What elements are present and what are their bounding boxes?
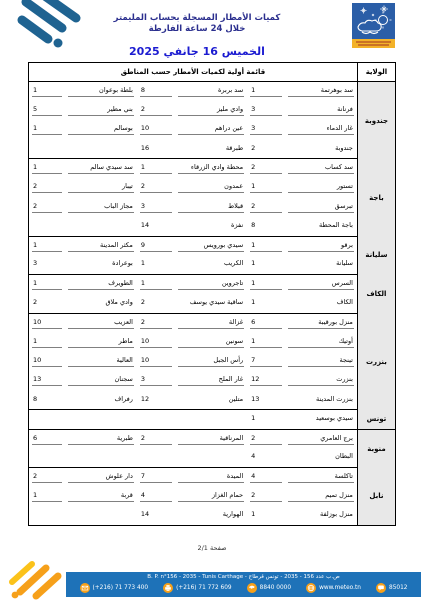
value-cell — [29, 410, 65, 429]
station-cell: العالية — [65, 352, 137, 371]
station-cell: برقو — [285, 236, 357, 255]
contact-text: (+216) 71 772 609 — [176, 585, 231, 591]
station-cell — [65, 217, 137, 236]
governorate-column-header: الولاية — [357, 63, 395, 82]
value-cell: 10 — [29, 313, 65, 332]
station-cell: سد كساب — [285, 159, 357, 178]
value-cell: 1 — [137, 255, 175, 274]
footer-contact-bar: B. P. n°156 - 2035 - Tunis Carthage - ص.… — [66, 572, 421, 597]
table-row: البطان4 — [29, 448, 396, 467]
station-cell: عين دراهم — [175, 120, 247, 139]
value-cell: 10 — [137, 333, 175, 352]
station-cell: وادي ملاق — [65, 294, 137, 313]
table-row: تستور1عمدون2تيبار2 — [29, 178, 396, 197]
contact-text: 8840 0000 — [260, 585, 291, 591]
table-row: سليانة1الكريب1بوعرادة3 — [29, 255, 396, 274]
list-column-header: قائمة أولية لكميات الأمطار حسب المناطق — [29, 63, 358, 82]
value-cell: 2 — [247, 198, 285, 217]
value-cell: 1 — [137, 275, 175, 294]
station-cell: الكريب — [175, 255, 247, 274]
inm-logo — [352, 3, 395, 48]
globe-icon — [306, 583, 316, 593]
value-cell: 2 — [247, 429, 285, 448]
contact-text: (+216) 71 773 400 — [93, 585, 148, 591]
mail-icon — [80, 583, 90, 593]
station-cell: أوتيك — [285, 333, 357, 352]
station-cell: طبرقة — [175, 140, 247, 159]
value-cell: 1 — [247, 506, 285, 525]
value-cell: 1 — [247, 275, 285, 294]
value-cell: 5 — [29, 101, 65, 120]
inm-brand-slashes-footer-icon — [6, 560, 68, 600]
value-cell: 14 — [137, 506, 175, 525]
phone-icon — [247, 583, 257, 593]
value-cell: 14 — [137, 217, 175, 236]
station-cell: سيدي بورويس — [175, 236, 247, 255]
station-cell — [175, 410, 247, 429]
station-cell: الطويرف — [65, 275, 137, 294]
value-cell: 8 — [29, 391, 65, 410]
value-cell: 3 — [247, 120, 285, 139]
table-row: باجةسد كساب2محطة وادي الزرقاء1سد سيدي سا… — [29, 159, 396, 178]
table-row: غار الدماء3عين دراهم10بوسالم1 — [29, 120, 396, 139]
table-row: منوبةبرج العامري2المرناقية2طبرية6 — [29, 429, 396, 448]
station-cell: البطان — [285, 448, 357, 467]
value-cell: 3 — [247, 101, 285, 120]
contact-item: 85012 — [376, 583, 407, 593]
station-cell: تستور — [285, 178, 357, 197]
station-cell: الكاف — [285, 294, 357, 313]
value-cell: 1 — [247, 255, 285, 274]
governorate-cell: منوبة — [357, 429, 395, 468]
station-cell: مكثر المدينة — [65, 236, 137, 255]
station-cell: سجنان — [65, 371, 137, 390]
station-cell: متلين — [175, 391, 247, 410]
station-cell: سيدي بوسعيد — [285, 410, 357, 429]
station-cell — [65, 448, 137, 467]
table-row: الكافالسرس1تاجروين1الطويرف1 — [29, 275, 396, 294]
contact-item: www.meteo.tn — [306, 583, 361, 593]
table-row: تينجة7رأس الجبل10العالية10 — [29, 352, 396, 371]
station-cell: بوعرادة — [65, 255, 137, 274]
value-cell — [29, 217, 65, 236]
value-cell: 10 — [137, 120, 175, 139]
contact-item: (+216) 71 773 400 — [80, 583, 148, 593]
station-cell: محطة وادي الزرقاء — [175, 159, 247, 178]
sms-icon — [376, 583, 386, 593]
table-row: الكاف1ساقية سيدي يوسف2وادي ملاق2 — [29, 294, 396, 313]
value-cell: 3 — [137, 371, 175, 390]
station-cell: رأس الجبل — [175, 352, 247, 371]
governorate-cell: جندوبة — [357, 82, 395, 159]
station-cell: بوسالم — [65, 120, 137, 139]
station-cell: ماطر — [65, 333, 137, 352]
station-cell: قربة — [65, 487, 137, 506]
station-cell: رفراف — [65, 391, 137, 410]
value-cell: 1 — [29, 159, 65, 178]
station-cell: تبرسق — [285, 198, 357, 217]
value-cell: 1 — [137, 159, 175, 178]
value-cell: 7 — [247, 352, 285, 371]
table-row: جندوبة2طبرقة16 — [29, 140, 396, 159]
station-cell: منزل بوزلفة — [285, 506, 357, 525]
value-cell: 4 — [247, 448, 285, 467]
value-cell: 9 — [137, 236, 175, 255]
table-row: باجة المحطة8نفزة14 — [29, 217, 396, 236]
value-cell: 7 — [137, 468, 175, 487]
value-cell: 12 — [247, 371, 285, 390]
station-cell: تاكلسة — [285, 468, 357, 487]
station-cell: بنزرت المدينة — [285, 391, 357, 410]
value-cell — [137, 410, 175, 429]
station-cell: مجاز الباب — [65, 198, 137, 217]
station-cell: الهوارية — [175, 506, 247, 525]
value-cell: 2 — [137, 178, 175, 197]
value-cell: 1 — [29, 333, 65, 352]
table-row: أوتيك1سونين10ماطر1 — [29, 333, 396, 352]
station-cell: تاجروين — [175, 275, 247, 294]
value-cell — [29, 448, 65, 467]
footer-contacts: (+216) 71 773 400(+216) 71 772 6098840 0… — [66, 580, 421, 593]
value-cell: 3 — [137, 198, 175, 217]
value-cell: 8 — [137, 82, 175, 101]
value-cell: 2 — [29, 468, 65, 487]
station-cell: غار الدماء — [285, 120, 357, 139]
table-row: تبرسق2قبلاط3مجاز الباب2 — [29, 198, 396, 217]
table-row: بنزرت المدينة13متلين12رفراف8 — [29, 391, 396, 410]
report-date: الخميس 16 جانفي 2025 — [60, 45, 334, 58]
station-cell: المرناقية — [175, 429, 247, 448]
value-cell: 1 — [29, 275, 65, 294]
station-cell: عمدون — [175, 178, 247, 197]
value-cell — [29, 140, 65, 159]
value-cell: 1 — [247, 333, 285, 352]
station-cell: دار علوش — [65, 468, 137, 487]
station-cell: ساقية سيدي يوسف — [175, 294, 247, 313]
governorate-cell: سليانة — [357, 236, 395, 275]
station-cell — [65, 506, 137, 525]
value-cell: 6 — [29, 429, 65, 448]
report-title: كميات الأمطار المسجلة بحساب المليمتر خلا… — [60, 13, 334, 35]
table-row: جندوبةسد بوهرتمة1سد بربرة8بلطة بوعوان1 — [29, 82, 396, 101]
fax-icon — [163, 583, 173, 593]
table-row: تونسسيدي بوسعيد1 — [29, 410, 396, 429]
contact-text: www.meteo.tn — [319, 585, 361, 591]
value-cell: 3 — [29, 255, 65, 274]
table-row: فرنانة3وادي مليز2بني مطير5 — [29, 101, 396, 120]
governorate-cell: الكاف — [357, 275, 395, 314]
value-cell: 2 — [29, 294, 65, 313]
station-cell: فرنانة — [285, 101, 357, 120]
station-cell: بلطة بوعوان — [65, 82, 137, 101]
value-cell: 1 — [247, 236, 285, 255]
station-cell: برج العامري — [285, 429, 357, 448]
value-cell: 1 — [247, 178, 285, 197]
station-cell: غزالة — [175, 313, 247, 332]
station-cell: سد سيدي سالم — [65, 159, 137, 178]
table-row: منزل بوزلفة1الهوارية14 — [29, 506, 396, 525]
value-cell: 1 — [247, 410, 285, 429]
value-cell: 2 — [137, 101, 175, 120]
value-cell: 2 — [137, 429, 175, 448]
station-cell — [65, 410, 137, 429]
value-cell — [29, 506, 65, 525]
value-cell: 16 — [137, 140, 175, 159]
station-cell: سد بوهرتمة — [285, 82, 357, 101]
contact-item: (+216) 71 772 609 — [163, 583, 231, 593]
value-cell: 6 — [247, 313, 285, 332]
table-row: بنزرت12غار الملح3سجنان13 — [29, 371, 396, 390]
report-title-line1: كميات الأمطار المسجلة بحساب المليمتر — [60, 13, 334, 24]
value-cell: 1 — [29, 82, 65, 101]
value-cell: 1 — [29, 236, 65, 255]
table-row: منزل تميم2حمام الغزاز4قربة1 — [29, 487, 396, 506]
station-cell: السرس — [285, 275, 357, 294]
document-page: كميات الأمطار المسجلة بحساب المليمتر خلا… — [0, 0, 424, 600]
value-cell — [137, 448, 175, 467]
value-cell: 10 — [29, 352, 65, 371]
station-cell: تينجة — [285, 352, 357, 371]
station-cell: بنزرت — [285, 371, 357, 390]
value-cell: 1 — [29, 120, 65, 139]
station-cell: غار الملح — [175, 371, 247, 390]
value-cell: 2 — [29, 178, 65, 197]
station-cell: بني مطير — [65, 101, 137, 120]
station-cell: نفزة — [175, 217, 247, 236]
value-cell: 2 — [29, 198, 65, 217]
value-cell: 2 — [137, 294, 175, 313]
value-cell: 4 — [247, 468, 285, 487]
governorate-cell: تونس — [357, 410, 395, 429]
station-cell — [175, 448, 247, 467]
station-cell: الميدة — [175, 468, 247, 487]
station-cell: باجة المحطة — [285, 217, 357, 236]
station-cell: حمام الغزاز — [175, 487, 247, 506]
contact-item: 8840 0000 — [247, 583, 291, 593]
value-cell: 12 — [137, 391, 175, 410]
table-header-row: الولاية قائمة أولية لكميات الأمطار حسب ا… — [29, 63, 396, 82]
value-cell: 2 — [137, 313, 175, 332]
value-cell: 2 — [247, 159, 285, 178]
value-cell: 10 — [137, 352, 175, 371]
value-cell: 4 — [137, 487, 175, 506]
station-cell: تيبار — [65, 178, 137, 197]
report-title-line2: خلال 24 ساعة الفارطة — [60, 24, 334, 35]
table-row: بنزرتمنزل بورقيبة6غزالة2العزيب10 — [29, 313, 396, 332]
station-cell — [65, 140, 137, 159]
station-cell: جندوبة — [285, 140, 357, 159]
value-cell: 13 — [247, 391, 285, 410]
value-cell: 1 — [247, 294, 285, 313]
value-cell: 2 — [247, 487, 285, 506]
value-cell: 13 — [29, 371, 65, 390]
value-cell: 8 — [247, 217, 285, 236]
table-row: سليانةبرقو1سيدي بورويس9مكثر المدينة1 — [29, 236, 396, 255]
station-cell: سد بربرة — [175, 82, 247, 101]
footer-address: B. P. n°156 - 2035 - Tunis Carthage - ص.… — [66, 572, 421, 580]
station-cell: العزيب — [65, 313, 137, 332]
governorate-cell: نابل — [357, 468, 395, 526]
station-cell: سونين — [175, 333, 247, 352]
governorate-cell: باجة — [357, 159, 395, 236]
governorate-cell: بنزرت — [357, 313, 395, 409]
station-cell: طبرية — [65, 429, 137, 448]
contact-text: 85012 — [389, 585, 407, 591]
rainfall-table: الولاية قائمة أولية لكميات الأمطار حسب ا… — [28, 62, 396, 526]
station-cell: سليانة — [285, 255, 357, 274]
station-cell: وادي مليز — [175, 101, 247, 120]
station-cell: منزل بورقيبة — [285, 313, 357, 332]
table-row: نابلتاكلسة4الميدة7دار علوش2 — [29, 468, 396, 487]
station-cell: منزل تميم — [285, 487, 357, 506]
value-cell: 2 — [247, 140, 285, 159]
station-cell: قبلاط — [175, 198, 247, 217]
value-cell: 1 — [247, 82, 285, 101]
page-number: صفحة 2/1 — [0, 544, 424, 552]
value-cell: 1 — [29, 487, 65, 506]
